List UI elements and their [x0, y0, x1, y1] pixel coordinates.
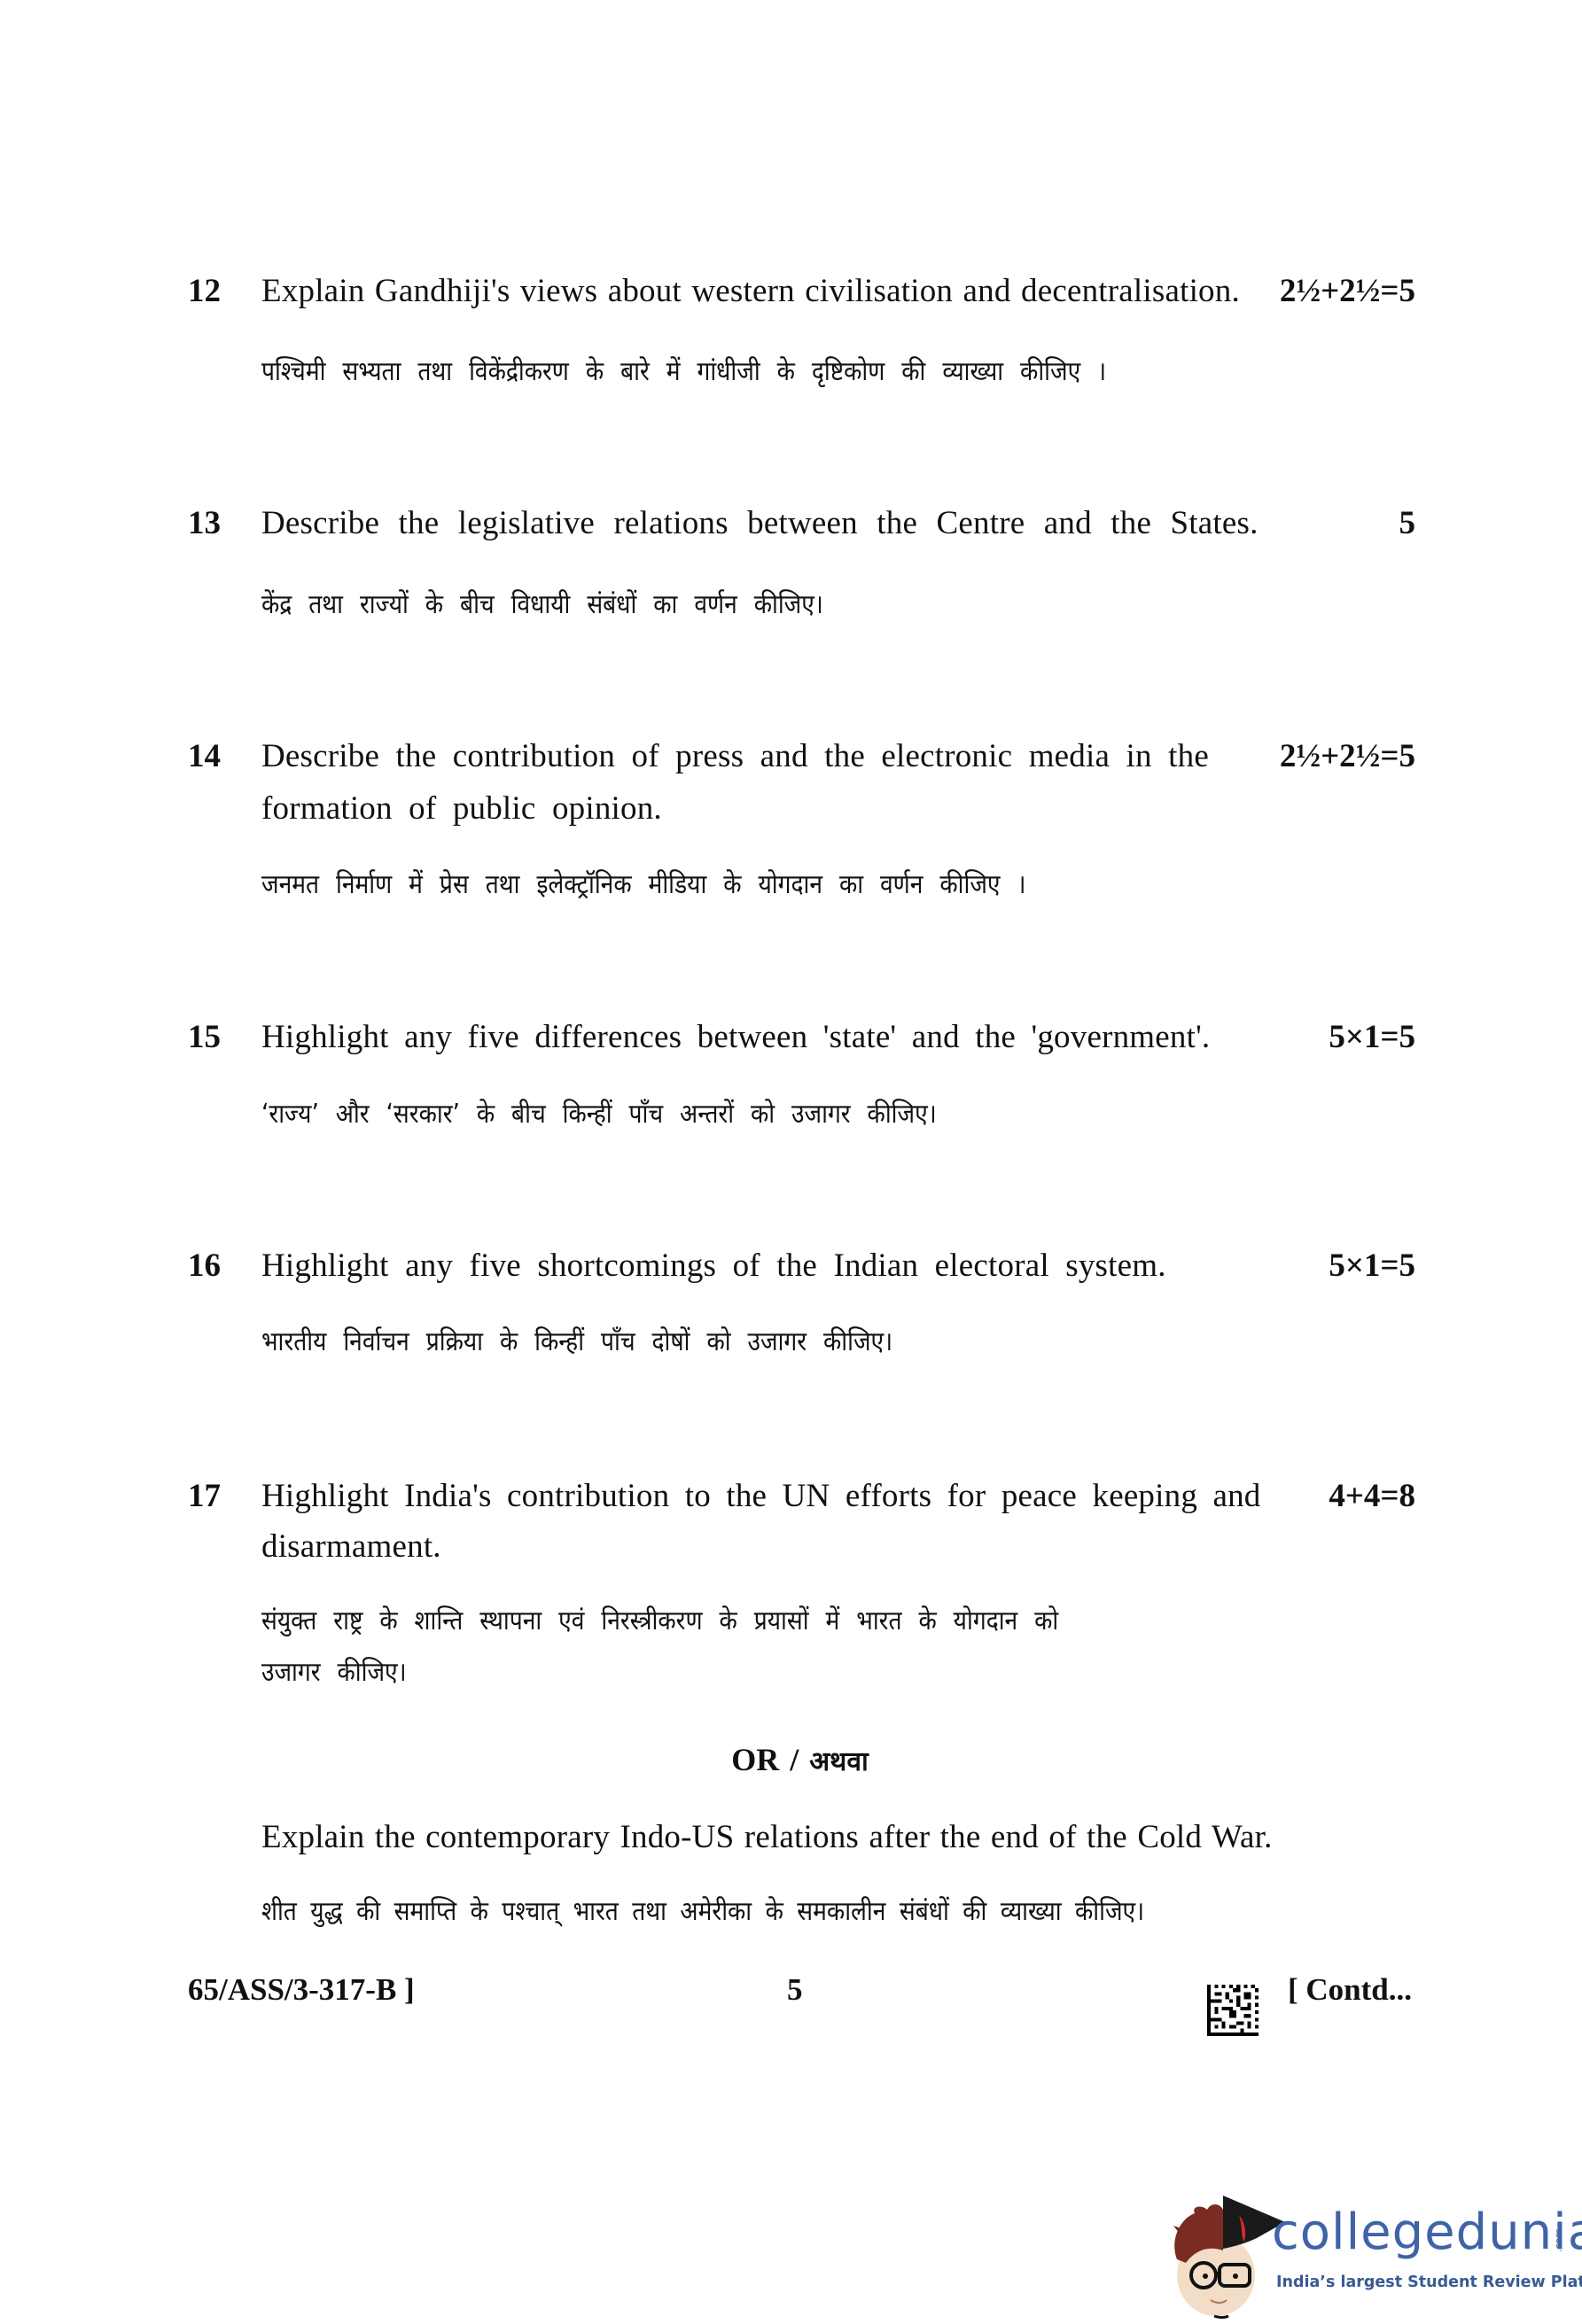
question-text-hindi: संयुक्त राष्ट्र के शान्ति स्थापना एवं नि…	[261, 1608, 1058, 1635]
continued-marker: [ Contd...	[1288, 1974, 1412, 2005]
question-marks: 2½+2½=5	[1280, 740, 1415, 773]
or-separator: OR/अथवा	[0, 1744, 1582, 1776]
question-text-english: Highlight any five differences between '…	[261, 1021, 1210, 1053]
question-text-english: Explain Gandhiji's views about western c…	[261, 275, 1240, 307]
datamatrix-code-icon	[1207, 1985, 1259, 2036]
or-label-english: OR	[731, 1742, 779, 1777]
brand-name: collegedunia	[1272, 2208, 1582, 2258]
question-number: 15	[188, 1021, 221, 1053]
question-text-hindi: केंद्र तथा राज्यों के बीच विधायी संबंधों…	[261, 592, 823, 618]
question-text-hindi: जनमत निर्माण में प्रेस तथा इलेक्ट्रॉनिक …	[261, 872, 1025, 898]
question-number: 13	[188, 507, 221, 540]
question-text-english-continued: formation of public opinion.	[261, 792, 662, 825]
question-number: 17	[188, 1480, 221, 1512]
brand-tagline: India’s largest Student Review Platform	[1276, 2275, 1582, 2291]
question-marks: 5×1=5	[1329, 1249, 1415, 1282]
alternative-question-hindi: शीत युद्ध की समाप्ति के पश्चात् भारत तथा…	[261, 1899, 1144, 1925]
question-text-english: Highlight any five shortcomings of the I…	[261, 1249, 1166, 1282]
question-text-english: Highlight India's contribution to the UN…	[261, 1480, 1261, 1512]
question-text-hindi: पश्चिमी सभ्यता तथा विकेंद्रीकरण के बारे …	[261, 359, 1106, 385]
question-text-hindi: भारतीय निर्वाचन प्रक्रिया के किन्हीं पाँ…	[261, 1329, 892, 1356]
question-number: 16	[188, 1249, 221, 1282]
collegedunia-watermark-logo: collegedunia .com India’s largest Studen…	[1161, 2171, 1578, 2321]
question-text-english: Describe the contribution of press and t…	[261, 740, 1209, 773]
or-label-hindi: अथवा	[809, 1746, 869, 1777]
question-marks: 2½+2½=5	[1280, 275, 1415, 307]
question-text-hindi: ‘राज्य’ और ‘सरकार’ के बीच किन्हीं पाँच अ…	[261, 1101, 937, 1128]
question-text-english-continued: disarmament.	[261, 1530, 441, 1563]
question-text-hindi-continued: उजागर कीजिए।	[261, 1659, 407, 1686]
page-number: 5	[787, 1974, 803, 2005]
question-marks: 4+4=8	[1329, 1480, 1415, 1512]
paper-code: 65/ASS/3-317-B ]	[188, 1974, 415, 2005]
question-number: 14	[188, 740, 221, 773]
brand-domain-suffix: .com	[1553, 2228, 1564, 2252]
question-marks: 5	[1399, 507, 1416, 540]
question-text-english: Describe the legislative relations betwe…	[261, 507, 1259, 540]
question-marks: 5×1=5	[1329, 1021, 1415, 1053]
alternative-question-english: Explain the contemporary Indo-US relatio…	[261, 1821, 1273, 1854]
or-slash: /	[790, 1742, 799, 1777]
question-number: 12	[188, 275, 221, 307]
